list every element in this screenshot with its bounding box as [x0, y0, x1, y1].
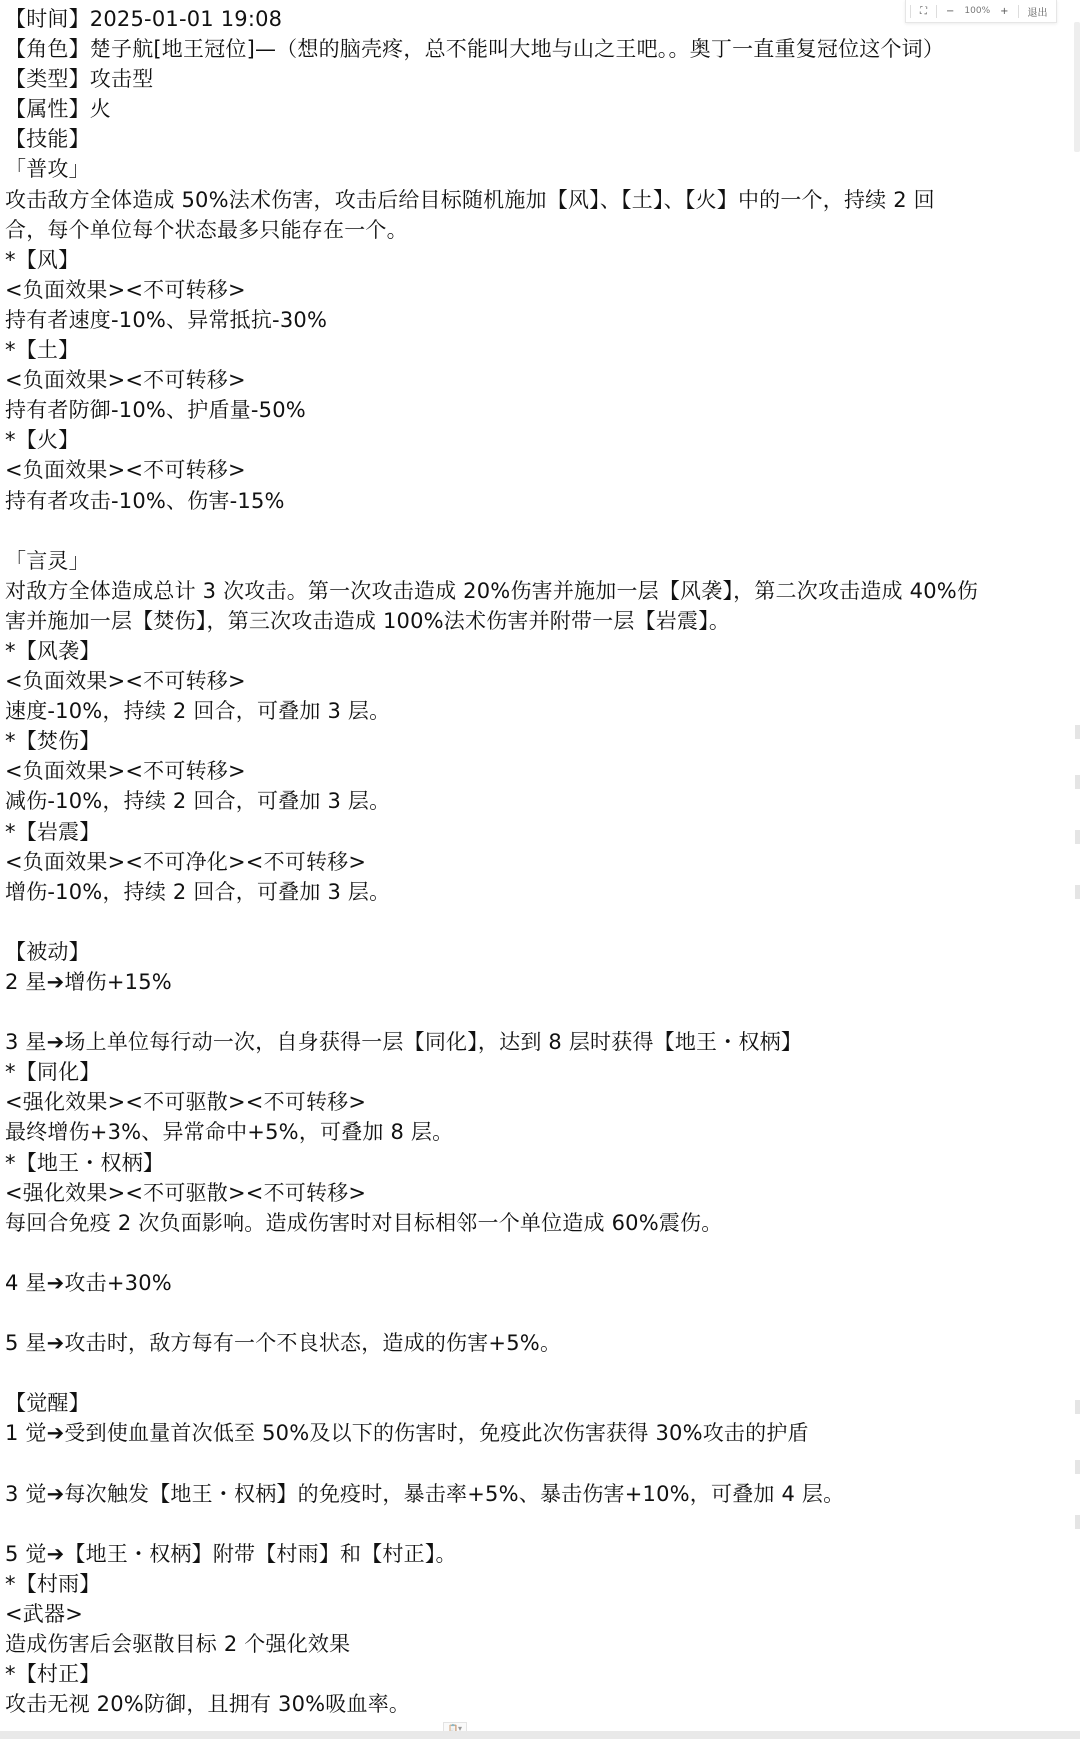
text-line: *【同化】: [5, 1057, 1065, 1087]
scrollbar-marker: [1075, 1400, 1080, 1414]
text-line: 5 觉➔【地王・权柄】附带【村雨】和【村正】。: [5, 1539, 1065, 1569]
text-line: 增伤-10%，持续 2 回合，可叠加 3 层。: [5, 877, 1065, 907]
text-line: 持有者速度-10%、异常抵抗-30%: [5, 305, 1065, 335]
scrollbar-marker: [1075, 1515, 1080, 1529]
zoom-out-button[interactable]: −: [941, 6, 959, 17]
scrollbar-marker: [1075, 1460, 1080, 1474]
text-line: 3 星➔场上单位每行动一次，自身获得一层【同化】，达到 8 层时获得【地王・权柄…: [5, 1027, 1065, 1057]
divider: [1018, 5, 1019, 18]
scrollbar-thumb[interactable]: [1074, 22, 1080, 152]
text-line: 攻击敌方全体造成 50%法术伤害，攻击后给目标随机施加【风】、【土】、【火】中的…: [5, 185, 1065, 215]
text-line: 1 觉➔受到使血量首次低至 50%及以下的伤害时，免疫此次伤害获得 30%攻击的…: [5, 1418, 1065, 1448]
text-line: *【风袭】: [5, 636, 1065, 666]
fit-screen-icon[interactable]: ⛶: [915, 6, 932, 17]
text-line: 减伤-10%，持续 2 回合，可叠加 3 层。: [5, 786, 1065, 816]
blank-line: [5, 997, 1065, 1027]
divider: [936, 5, 937, 18]
text-line: <负面效果><不可净化><不可转移>: [5, 847, 1065, 877]
text-line: 持有者攻击-10%、伤害-15%: [5, 486, 1065, 516]
blank-line: [5, 1358, 1065, 1388]
zoom-toolbar: ⛶ − 100% + 退出: [905, 0, 1057, 23]
text-line: 「言灵」: [5, 546, 1065, 576]
text-line: 合，每个单位每个状态最多只能存在一个。: [5, 215, 1065, 245]
zoom-in-button[interactable]: +: [995, 6, 1013, 17]
bottom-status-bar: [0, 1731, 1080, 1739]
text-line: *【岩震】: [5, 817, 1065, 847]
text-line: 【角色】楚子航[地王冠位]—（想的脑壳疼，总不能叫大地与山之王吧。。奥丁一直重复…: [5, 34, 1065, 64]
text-line: *【焚伤】: [5, 726, 1065, 756]
text-line: 持有者防御-10%、护盾量-50%: [5, 395, 1065, 425]
text-line: 5 星➔攻击时，敌方每有一个不良状态，造成的伤害+5%。: [5, 1328, 1065, 1358]
scrollbar-marker: [1075, 830, 1080, 844]
text-line: 3 觉➔每次触发【地王・权柄】的免疫时，暴击率+5%、暴击伤害+10%，可叠加 …: [5, 1479, 1065, 1509]
text-line: <负面效果><不可转移>: [5, 365, 1065, 395]
text-line: 害并施加一层【焚伤】，第三次攻击造成 100%法术伤害并附带一层【岩震】。: [5, 606, 1065, 636]
blank-line: [5, 516, 1065, 546]
text-line: 2 星➔增伤+15%: [5, 967, 1065, 997]
text-line: 「普攻」: [5, 154, 1065, 184]
blank-line: [5, 1449, 1065, 1479]
text-line: <武器>: [5, 1599, 1065, 1629]
text-line: 对敌方全体造成总计 3 次攻击。第一次攻击造成 20%伤害并施加一层【风袭】，第…: [5, 576, 1065, 606]
blank-line: [5, 907, 1065, 937]
blank-line: [5, 1509, 1065, 1539]
text-line: 4 星➔攻击+30%: [5, 1268, 1065, 1298]
scrollbar-marker: [1075, 725, 1080, 739]
text-line: *【土】: [5, 335, 1065, 365]
text-line: <负面效果><不可转移>: [5, 275, 1065, 305]
text-line: <负面效果><不可转移>: [5, 756, 1065, 786]
scrollbar-marker: [1075, 885, 1080, 899]
text-line: 【类型】攻击型: [5, 64, 1065, 94]
text-line: 每回合免疫 2 次负面影响。造成伤害时对目标相邻一个单位造成 60%震伤。: [5, 1208, 1065, 1238]
scrollbar-marker: [1075, 775, 1080, 789]
divider: [910, 5, 911, 18]
text-line: *【村正】: [5, 1659, 1065, 1689]
text-line: <强化效果><不可驱散><不可转移>: [5, 1178, 1065, 1208]
text-line: *【村雨】: [5, 1569, 1065, 1599]
text-line: 【觉醒】: [5, 1388, 1065, 1418]
text-line: *【地王・权柄】: [5, 1148, 1065, 1178]
text-line: 速度-10%，持续 2 回合，可叠加 3 层。: [5, 696, 1065, 726]
text-line: 造成伤害后会驱散目标 2 个强化效果: [5, 1629, 1065, 1659]
text-line: 【属性】火: [5, 94, 1065, 124]
text-line: *【风】: [5, 245, 1065, 275]
blank-line: [5, 1298, 1065, 1328]
zoom-level: 100%: [959, 6, 995, 16]
text-line: 最终增伤+3%、异常命中+5%，可叠加 8 层。: [5, 1117, 1065, 1147]
text-line: 【被动】: [5, 937, 1065, 967]
blank-line: [5, 1238, 1065, 1268]
text-line: <负面效果><不可转移>: [5, 666, 1065, 696]
text-line: 攻击无视 20%防御，且拥有 30%吸血率。: [5, 1689, 1065, 1719]
text-line: *【火】: [5, 425, 1065, 455]
text-line: <强化效果><不可驱散><不可转移>: [5, 1087, 1065, 1117]
exit-button[interactable]: 退出: [1023, 4, 1053, 19]
text-line: <负面效果><不可转移>: [5, 455, 1065, 485]
text-line: 【技能】: [5, 124, 1065, 154]
document-body: 【时间】2025-01-01 19:08【角色】楚子航[地王冠位]—（想的脑壳疼…: [5, 4, 1065, 1719]
